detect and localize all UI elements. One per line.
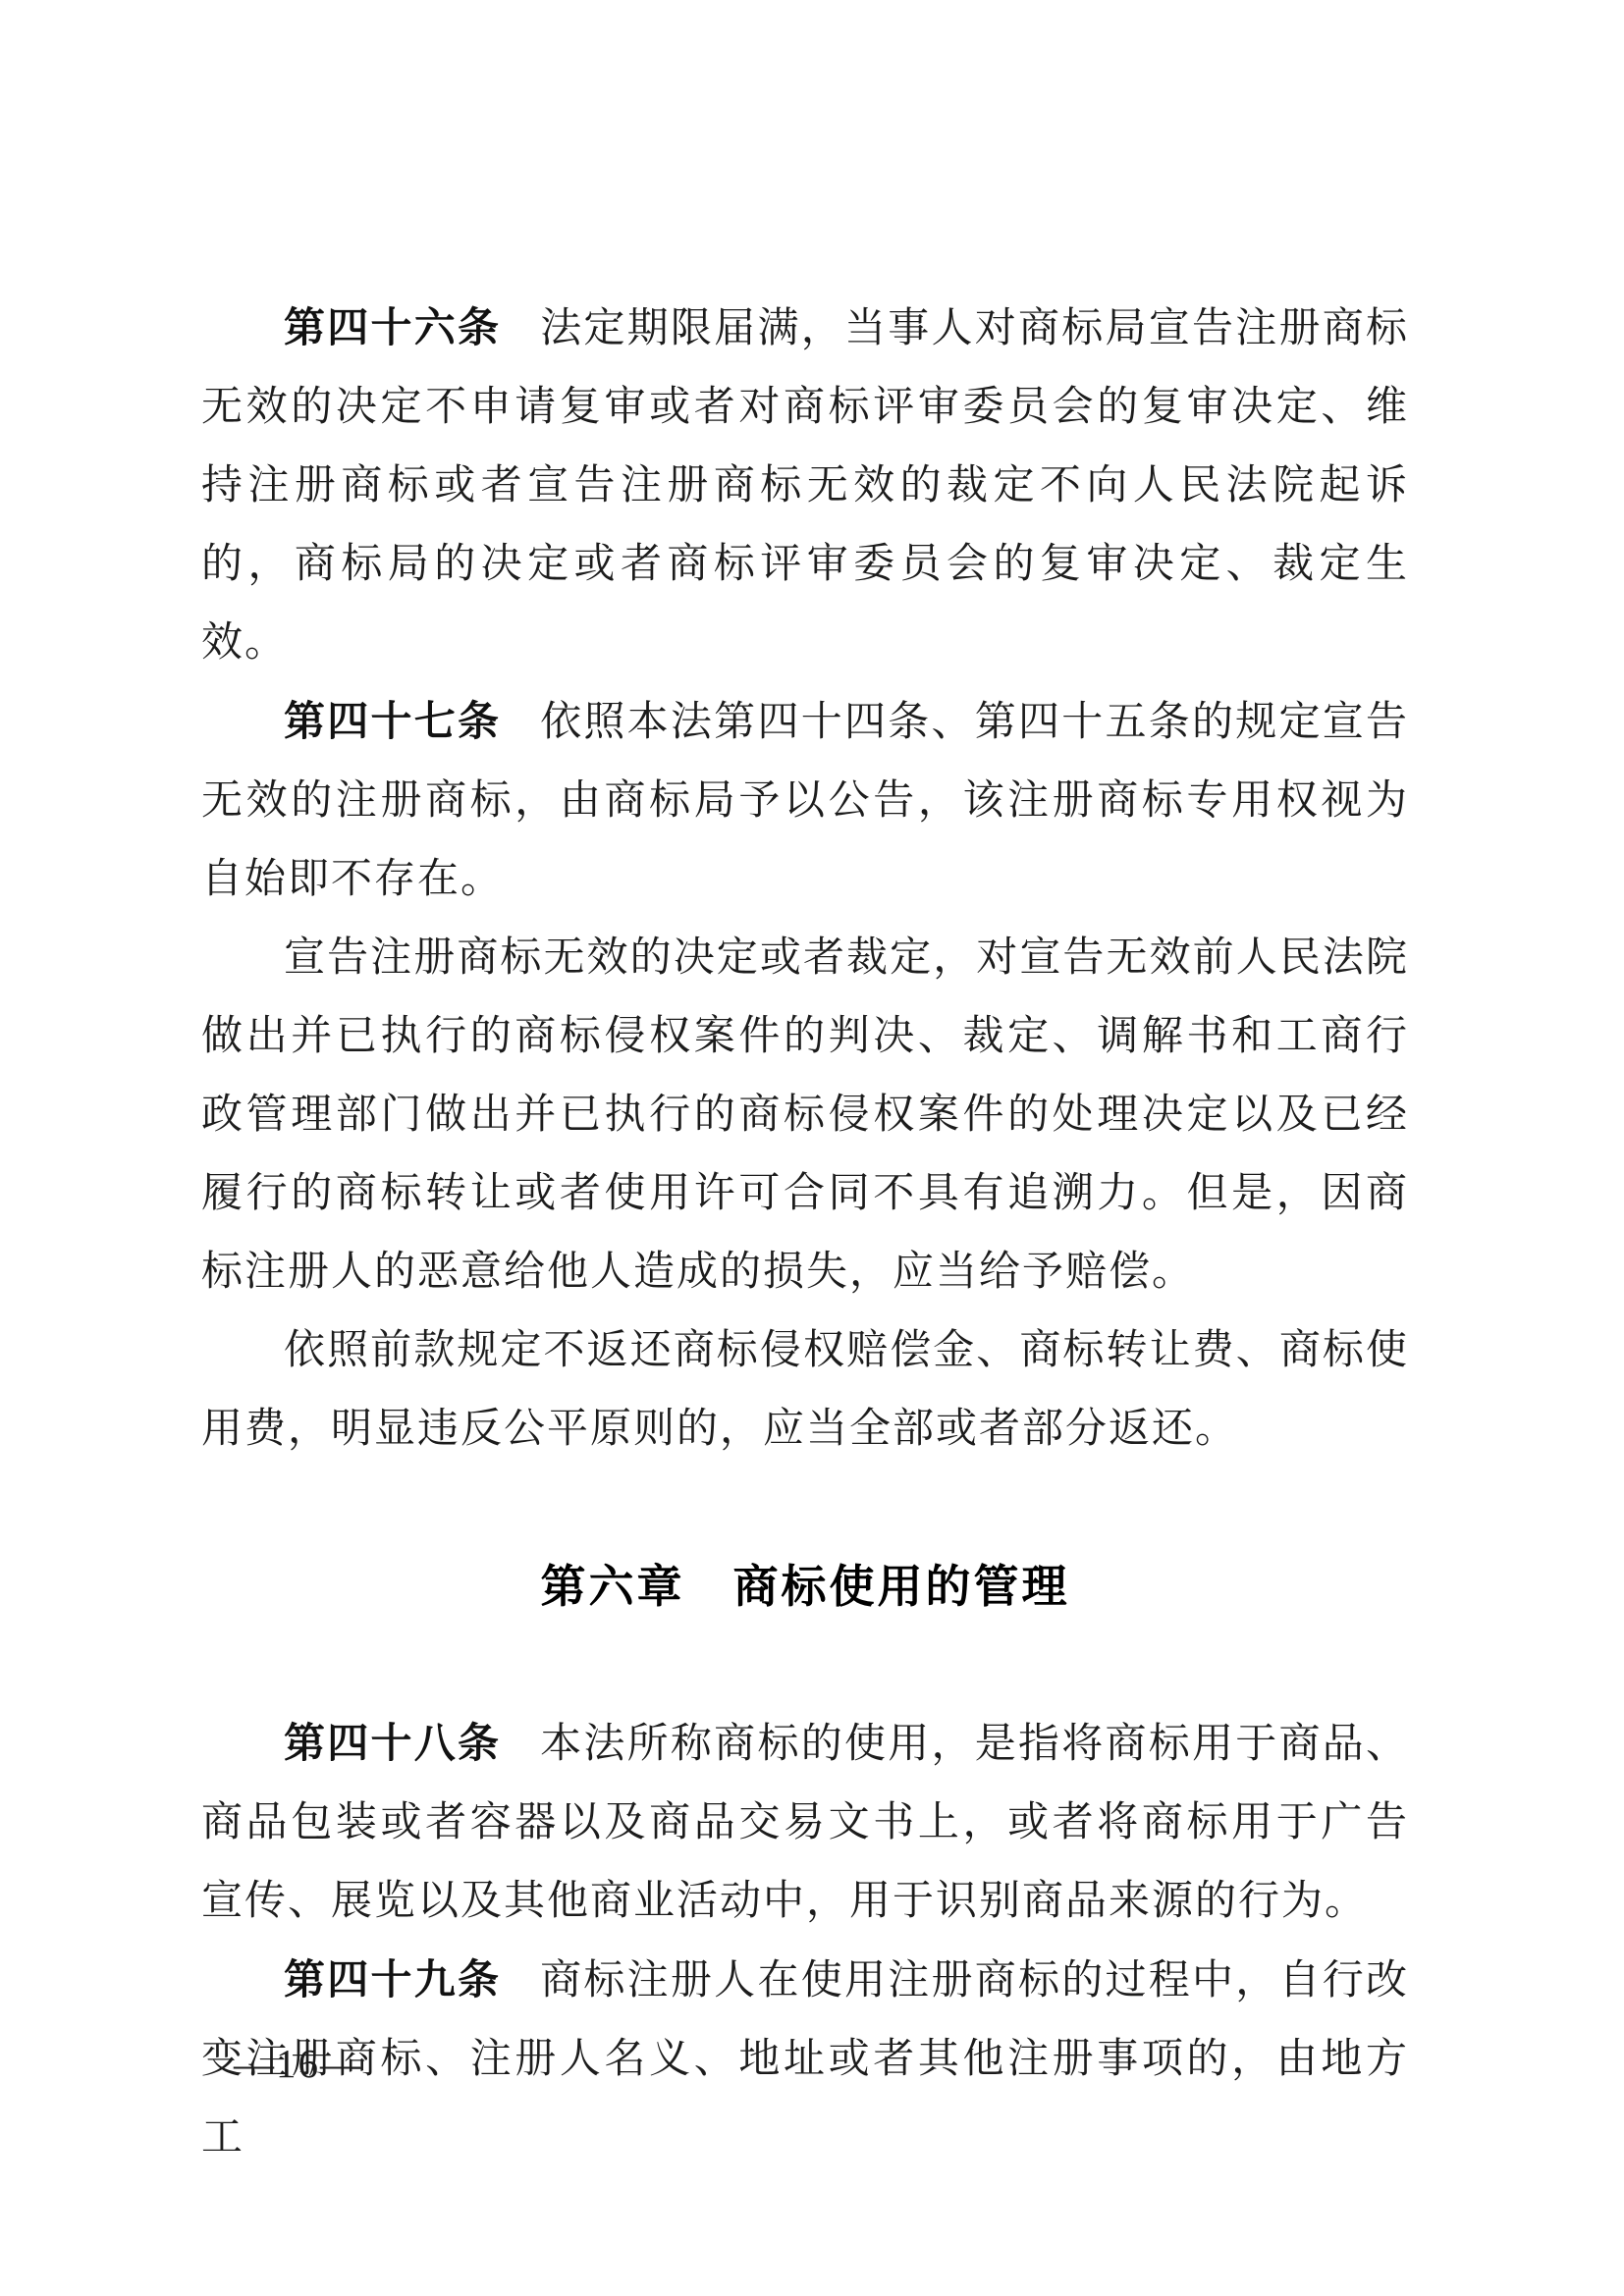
paragraph-article-48: 第四十八条本法所称商标的使用，是指将商标用于商品、商品包装或者容器以及商品交易文… [201,1704,1409,1941]
article-46-number: 第四十六条 [284,304,501,350]
paragraph-article-47-clause-2: 宣告注册商标无效的决定或者裁定，对宣告无效前人民法院做出并已执行的商标侵权案件的… [201,919,1409,1311]
article-49-number: 第四十九条 [284,1956,501,2002]
paragraph-article-46: 第四十六条法定期限届满，当事人对商标局宣告注册商标无效的决定不申请复审或者对商标… [201,289,1409,682]
page-number: —16— [234,2040,362,2087]
article-46-text: 法定期限届满，当事人对商标局宣告注册商标无效的决定不申请复审或者对商标评审委员会… [201,306,1409,666]
document-page: 第四十六条法定期限届满，当事人对商标局宣告注册商标无效的决定不申请复审或者对商标… [0,0,1624,2296]
chapter-6-heading: 第六章 商标使用的管理 [201,1547,1409,1626]
article-48-number: 第四十八条 [284,1720,501,1766]
article-47-number: 第四十七条 [284,698,501,744]
paragraph-article-47-clause-3: 依照前款规定不返还商标侵权赔偿金、商标转让费、商标使用费，明显违反公平原则的，应… [201,1311,1409,1468]
paragraph-article-47: 第四十七条依照本法第四十四条、第四十五条的规定宣告无效的注册商标，由商标局予以公… [201,682,1409,919]
document-body: 第四十六条法定期限届满，当事人对商标局宣告注册商标无效的决定不申请复审或者对商标… [201,289,1409,2177]
paragraph-article-49: 第四十九条商标注册人在使用注册商标的过程中，自行改变注册商标、注册人名义、地址或… [201,1941,1409,2177]
